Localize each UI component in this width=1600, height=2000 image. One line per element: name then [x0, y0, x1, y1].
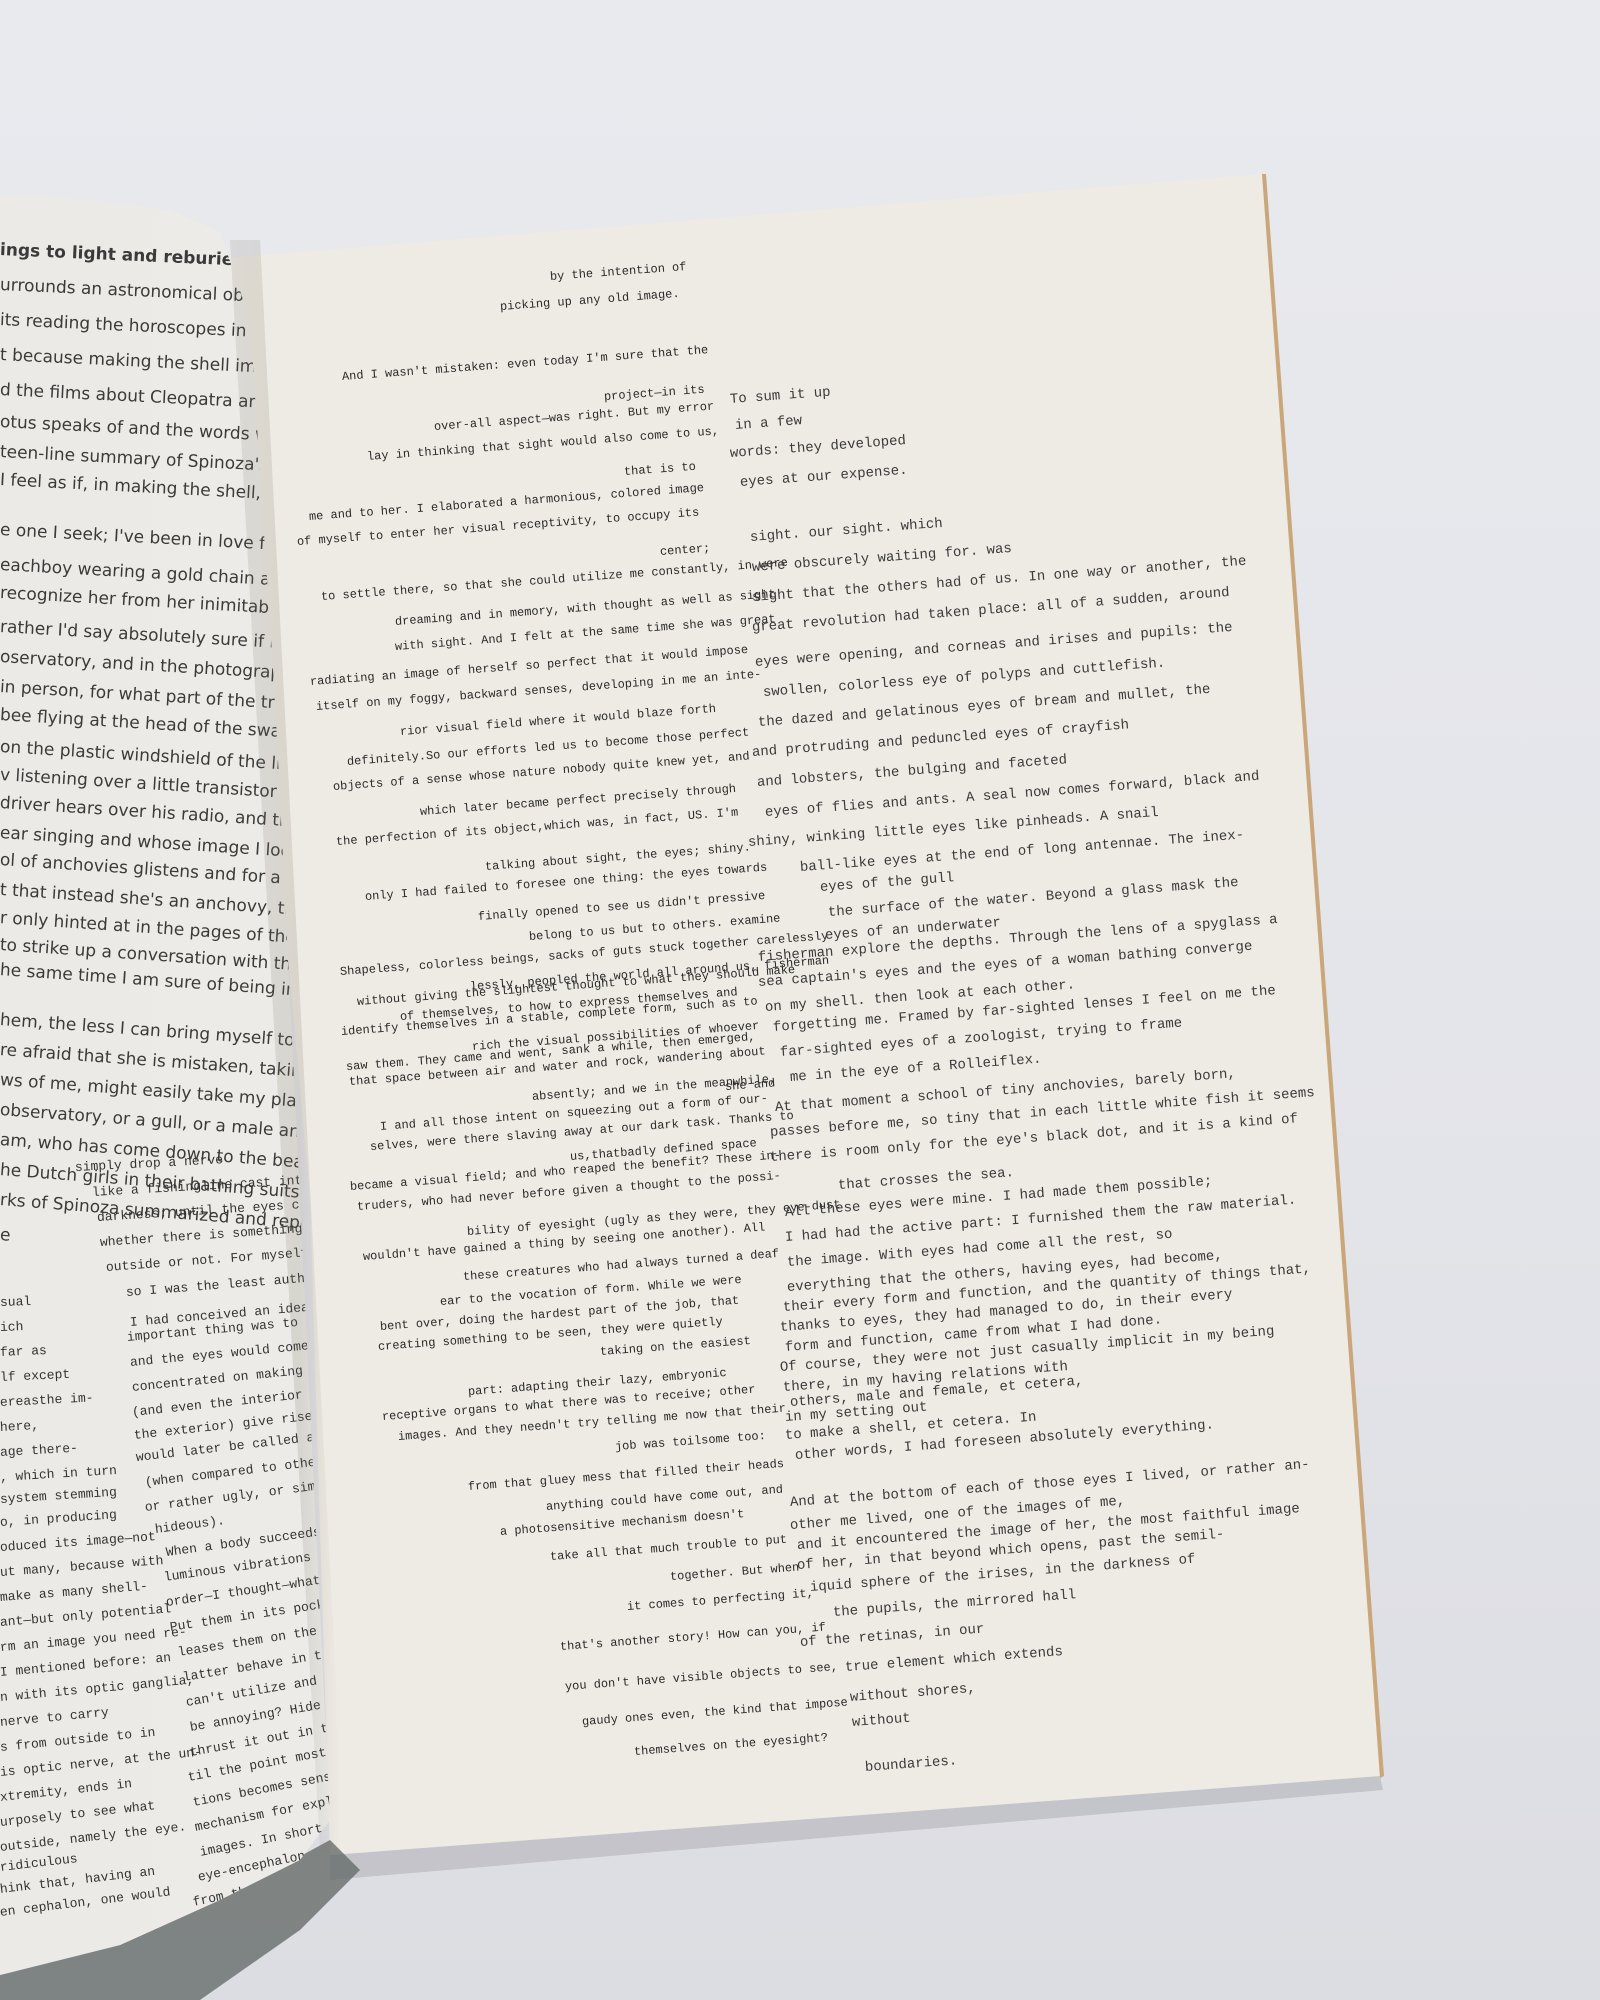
text-line: ut many, because with	[0, 1553, 164, 1580]
text-line: oduced its image—not	[0, 1529, 156, 1555]
text-line: nerve to carry	[0, 1705, 109, 1730]
text-line: ant—but only potential	[0, 1601, 172, 1630]
text-line: hideous).	[154, 1513, 226, 1537]
text-line: ereasthe im-	[0, 1390, 94, 1410]
text-line: system stemming	[0, 1485, 117, 1507]
text-line: ich	[0, 1319, 24, 1335]
text-line: , which in turn	[0, 1463, 117, 1485]
text-line: make as many shell-	[0, 1579, 148, 1605]
text-line: far as	[0, 1343, 47, 1360]
text-line: o, in producing	[0, 1507, 117, 1530]
text-line: age there-	[0, 1441, 78, 1460]
text-line: sual	[0, 1294, 31, 1310]
text-line: I mentioned before: an	[0, 1650, 172, 1680]
text-line: xtremity, ends in	[0, 1776, 133, 1805]
text-line: e	[0, 1225, 11, 1246]
text-line: ridiculous	[0, 1851, 78, 1875]
photo-scene: by the intention ofpicking up any old im…	[0, 0, 1600, 2000]
text-line: here,	[0, 1418, 39, 1435]
text-line: lf except	[0, 1367, 70, 1385]
